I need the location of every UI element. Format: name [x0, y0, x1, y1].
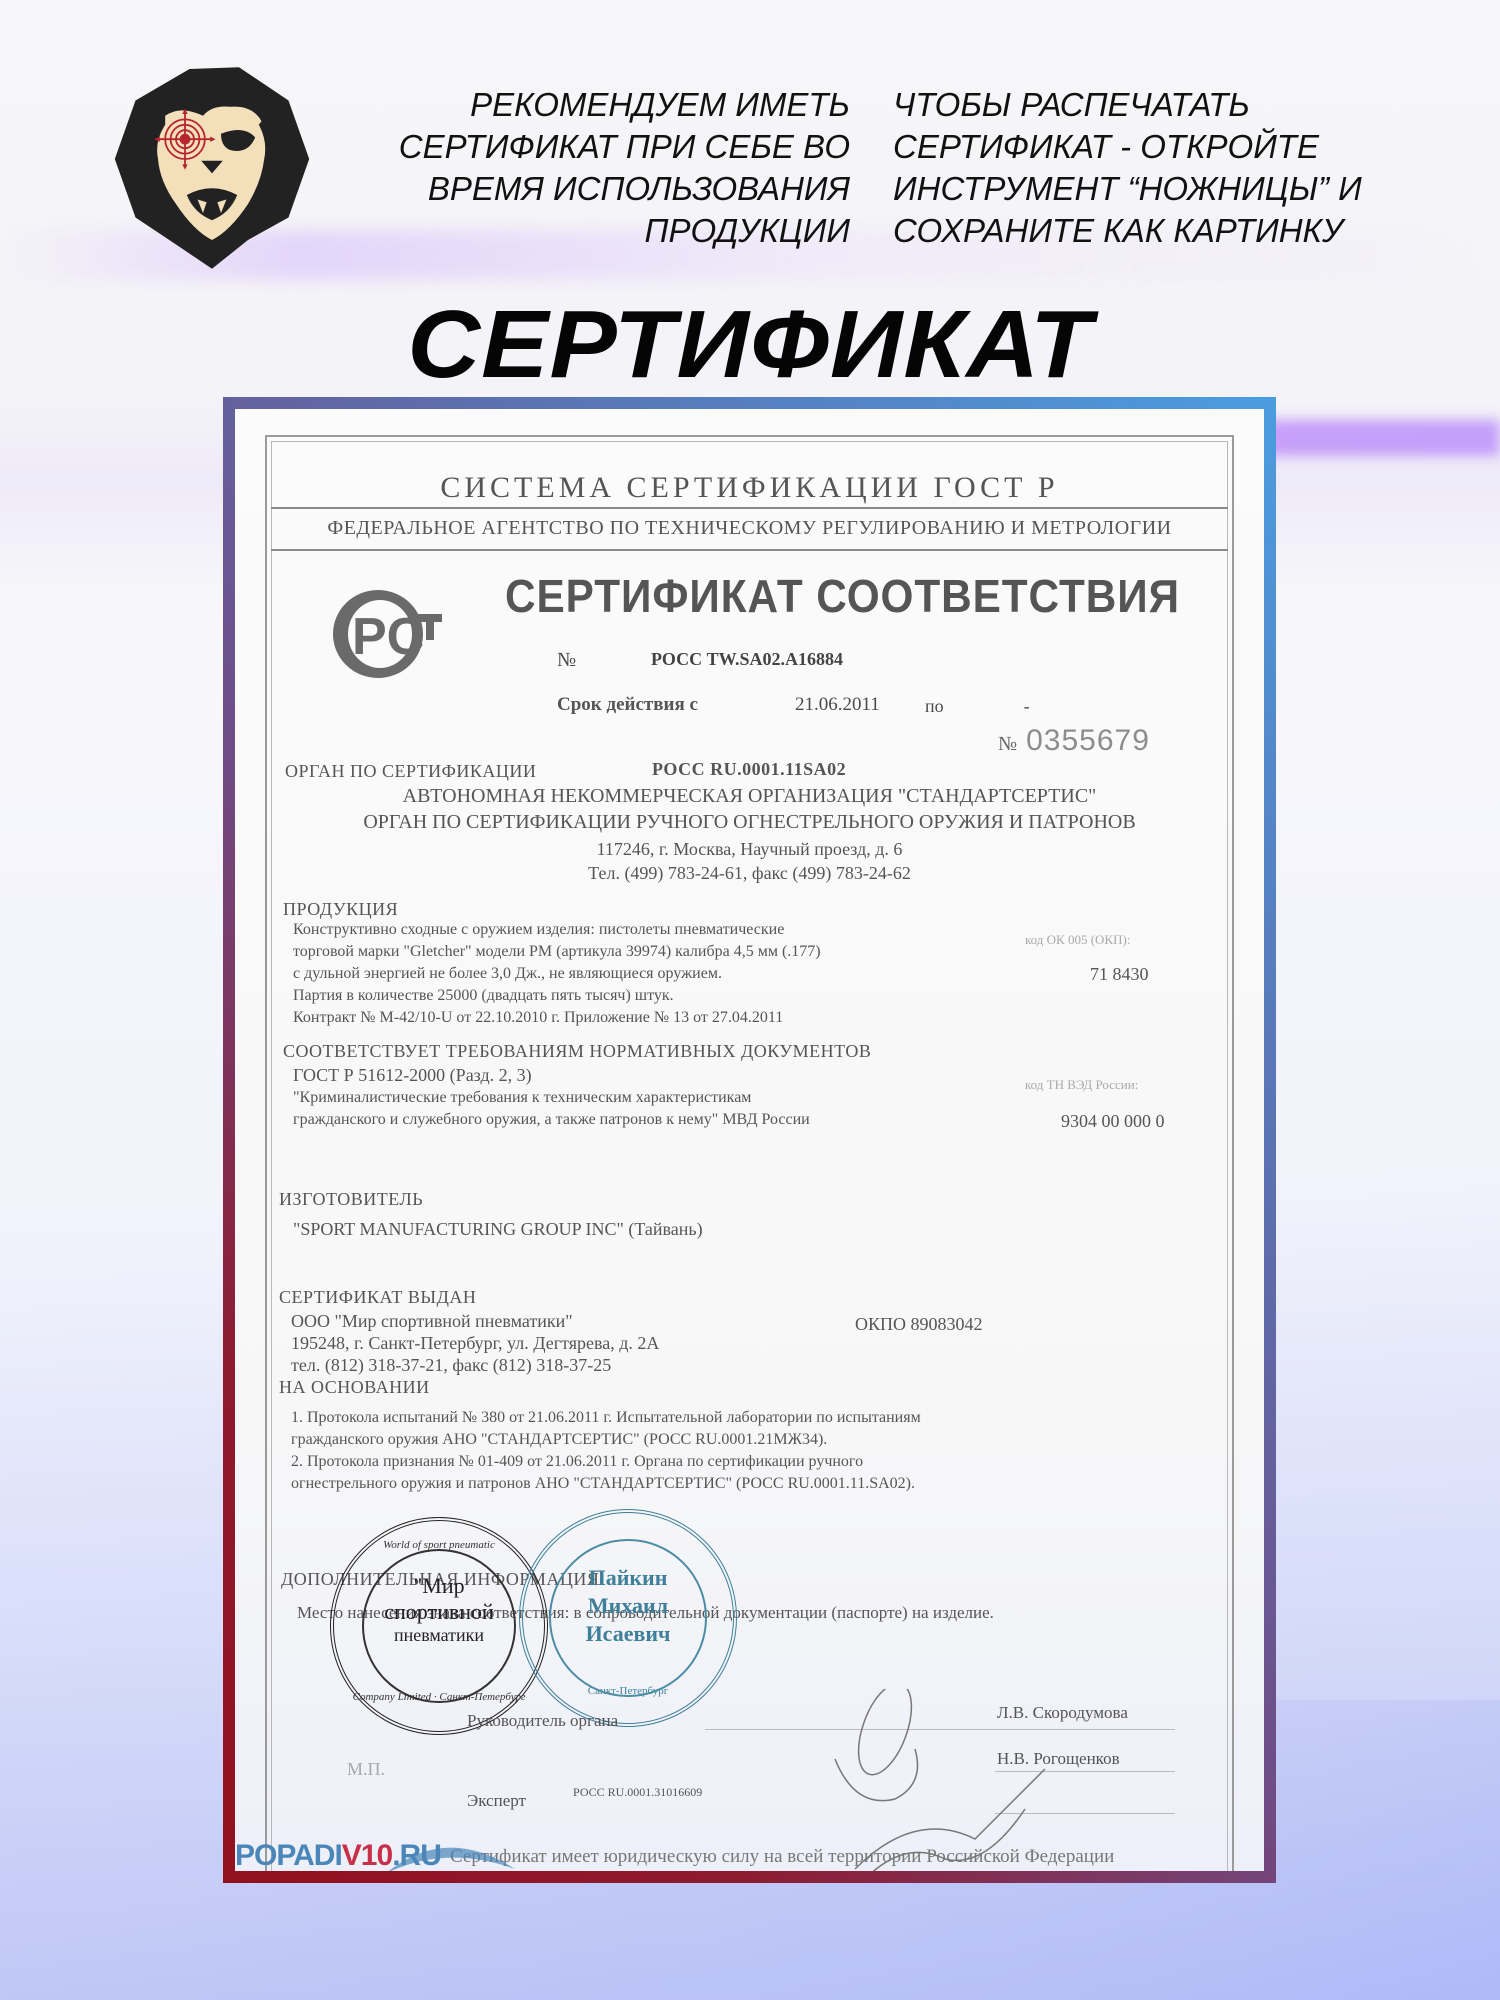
lion-shield-target-icon [104, 60, 320, 276]
agency-name: ФЕДЕРАЛЬНОЕ АГЕНТСТВО ПО ТЕХНИЧЕСКОМУ РЕ… [235, 517, 1264, 540]
compliance-line: гражданского и служебного оружия, а такж… [293, 1111, 810, 1129]
note-print-instructions: ЧТОБЫ РАСПЕЧАТАТЬ СЕРТИФИКАТ - ОТКРОЙТЕ … [893, 84, 1453, 252]
product-line: торговой марки "Gletcher" модели PM (арт… [293, 943, 821, 961]
product-label: ПРОДУКЦИЯ [283, 899, 398, 920]
body-line: 117246, г. Москва, Научный проезд, д. 6 [235, 839, 1264, 860]
basis-line: огнестрельного оружия и патронов АНО "СТ… [291, 1475, 915, 1493]
certificate-title: СЕРТИФИКАТ СООТВЕТСТВИЯ [505, 569, 1180, 623]
tnved-code-value: 9304 00 000 0 [1061, 1111, 1165, 1132]
certificate-document: СИСТЕМА СЕРТИФИКАЦИИ ГОСТ Р ФЕДЕРАЛЬНОЕ … [235, 409, 1264, 1871]
issued-to-label: СЕРТИФИКАТ ВЫДАН [279, 1287, 476, 1308]
expert-label: Эксперт [467, 1791, 526, 1811]
valid-to-text: по [925, 696, 944, 716]
number-label: № [557, 649, 576, 672]
okp-code-value: 71 8430 [1090, 964, 1149, 985]
valid-from-date: 21.06.2011 [795, 694, 880, 716]
page-title: СЕРТИФИКАТ [0, 290, 1500, 400]
head-label: Руководитель органа [467, 1711, 618, 1731]
stamp-text: Михаил [523, 1593, 733, 1619]
certificate-frame: СИСТЕМА СЕРТИФИКАЦИИ ГОСТ Р ФЕДЕРАЛЬНОЕ … [223, 397, 1276, 1883]
stamp-ring-text: Санкт-Петербург [523, 1685, 733, 1697]
watermark-logo: POPADIV10.RU [235, 1839, 441, 1871]
basis-line: 1. Протокола испытаний № 380 от 21.06.20… [291, 1409, 921, 1427]
valid-to-date: - [1024, 696, 1030, 716]
company-seal-stamp: World of sport pneumatic "Мир спортивной… [330, 1517, 548, 1735]
watermark-domain: .RU [392, 1839, 441, 1871]
system-title: СИСТЕМА СЕРТИФИКАЦИИ ГОСТ Р [235, 471, 1264, 505]
stamp-text: "Мир [334, 1573, 544, 1599]
serial-label: № [998, 733, 1018, 755]
compliance-line: "Криминалистические требования к техниче… [293, 1089, 751, 1107]
rst-conformity-logo-icon: PC [330, 584, 445, 684]
serial-number: №0355679 [998, 724, 1150, 758]
product-line: Конструктивно сходные с оружием изделия:… [293, 921, 784, 939]
divider [271, 507, 1228, 509]
valid-to-label: по- [925, 696, 1030, 717]
product-line: с дульной энергией не более 3,0 Дж., не … [293, 965, 722, 983]
stamp-text: спортивной [334, 1599, 544, 1625]
body-line: Тел. (499) 783-24-61, факс (499) 783-24-… [235, 863, 1264, 884]
basis-label: НА ОСНОВАНИИ [279, 1377, 430, 1398]
issued-to-line: 195248, г. Санкт-Петербург, ул. Дегтярев… [291, 1333, 659, 1354]
certificate-number: РОСС TW.SA02.A16884 [651, 649, 843, 670]
svg-text:PC: PC [352, 608, 424, 666]
stamp-text: Исаевич [523, 1621, 733, 1647]
okp-code-label: код ОК 005 (ОКП): [1025, 932, 1130, 948]
manufacturer-label: ИЗГОТОВИТЕЛЬ [279, 1189, 423, 1210]
body-label: ОРГАН ПО СЕРТИФИКАЦИИ [285, 761, 536, 782]
issued-to-line: тел. (812) 318-37-21, факс (812) 318-37-… [291, 1355, 611, 1376]
manufacturer-value: "SPORT MANUFACTURING GROUP INC" (Тайвань… [293, 1219, 703, 1240]
expert-code: РОСС RU.0001.31016609 [573, 1785, 702, 1800]
serial-value: 0355679 [1026, 724, 1150, 757]
body-line: АВТОНОМНАЯ НЕКОММЕРЧЕСКАЯ ОРГАНИЗАЦИЯ "С… [235, 785, 1264, 808]
product-line: Партия в количестве 25000 (двадцать пять… [293, 987, 674, 1005]
tnved-code-label: код ТН ВЭД России: [1025, 1077, 1138, 1093]
okpo-code: ОКПО 89083042 [855, 1314, 983, 1335]
handwritten-signature [795, 1689, 1055, 1871]
legal-force-note: Сертификат имеет юридическую силу на все… [450, 1846, 1114, 1868]
stamp-ring-text: World of sport pneumatic [334, 1539, 544, 1551]
mp-label: М.П. [347, 1759, 385, 1780]
basis-line: 2. Протокола признания № 01-409 от 21.06… [291, 1453, 863, 1471]
expert-seal-stamp: Пайкин Михаил Исаевич Санкт-Петербург [519, 1509, 737, 1727]
basis-line: гражданского оружия АНО "СТАНДАРТСЕРТИС"… [291, 1431, 827, 1449]
watermark-text: POPADI [235, 1839, 342, 1871]
compliance-line: ГОСТ Р 51612-2000 (Разд. 2, 3) [293, 1065, 532, 1086]
divider [271, 549, 1228, 551]
product-line: Контракт № M-42/10-U от 22.10.2010 г. Пр… [293, 1009, 783, 1027]
body-line: ОРГАН ПО СЕРТИФИКАЦИИ РУЧНОГО ОГНЕСТРЕЛЬ… [235, 811, 1264, 834]
validity-label: Срок действия с [557, 694, 698, 716]
compliance-label: СООТВЕТСТВУЕТ ТРЕБОВАНИЯМ НОРМАТИВНЫХ ДО… [283, 1041, 871, 1062]
note-carry-certificate: РЕКОМЕНДУЕМ ИМЕТЬ СЕРТИФИКАТ ПРИ СЕБЕ ВО… [330, 84, 850, 252]
watermark-accent: V10 [342, 1839, 392, 1871]
stamp-text: Пайкин [523, 1565, 733, 1591]
stamp-text: пневматики [334, 1625, 544, 1646]
body-code: РОСС RU.0001.11SA02 [652, 759, 846, 780]
stamp-ring-text: Company Limited · Санкт-Петербург [334, 1691, 544, 1703]
issued-to-line: ООО "Мир спортивной пневматики" [291, 1311, 573, 1332]
